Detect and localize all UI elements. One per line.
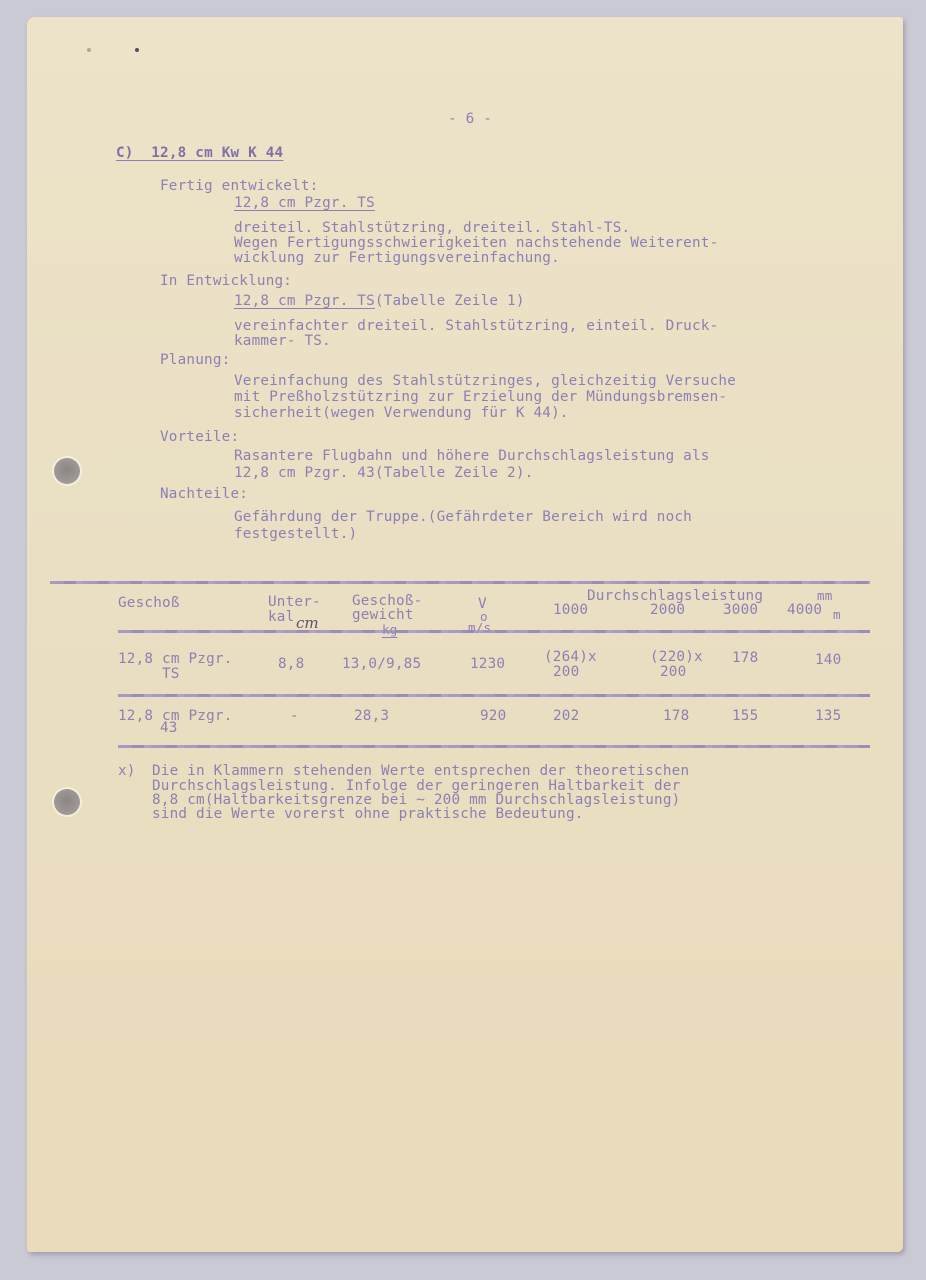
block-text-line: 12,8 cm Pzgr. 43(Tabelle Zeile 2). bbox=[234, 466, 533, 481]
cell-vo: 1230 bbox=[470, 657, 505, 672]
block-label-fertig: Fertig entwickelt: bbox=[160, 179, 319, 194]
cell-range-3000: 178 bbox=[732, 651, 758, 666]
header-unterkal: kal bbox=[268, 610, 294, 625]
block-label-vorteile: Vorteile: bbox=[160, 430, 239, 445]
block-text-line: Vereinfachung des Stahlstützringes, glei… bbox=[234, 374, 736, 389]
block-label-nachteile: Nachteile: bbox=[160, 487, 248, 502]
cell-range-2000-below: 200 bbox=[660, 665, 686, 680]
table-rule bbox=[118, 745, 870, 748]
cell-range-1000: (264)x bbox=[544, 650, 597, 665]
header-gewicht: gewicht bbox=[352, 608, 414, 623]
block-subtitle-line: 12,8 cm Pzgr. TS(Tabelle Zeile 1) bbox=[234, 294, 525, 309]
block-subtitle: 12,8 cm Pzgr. TS bbox=[234, 196, 375, 211]
footnote-marker: x) bbox=[118, 764, 136, 779]
header-geschoss: Geschoß bbox=[118, 596, 180, 611]
cell-geschoss: 12,8 cm Pzgr. bbox=[118, 652, 233, 667]
header-durchschlag-unit: mm bbox=[817, 588, 832, 603]
block-label-entwicklung: In Entwicklung: bbox=[160, 274, 292, 289]
cell-range-2000: (220)x bbox=[650, 650, 703, 665]
punch-hole bbox=[54, 789, 80, 815]
section-heading: C) 12,8 cm Kw K 44 bbox=[116, 146, 283, 161]
header-range: 3000 bbox=[723, 603, 758, 618]
block-subtitle: 12,8 cm Pzgr. TS bbox=[234, 293, 375, 309]
cell-range-4000: 140 bbox=[815, 653, 841, 668]
cell-range-1000-below: 200 bbox=[553, 665, 579, 680]
header-range: 4000 bbox=[787, 603, 822, 618]
block-label-planung: Planung: bbox=[160, 353, 230, 368]
block-text-line: vereinfachter dreiteil. Stahlstützring, … bbox=[234, 319, 718, 334]
block-text-line: sicherheit(wegen Verwendung für K 44). bbox=[234, 406, 569, 421]
header-range: 2000 bbox=[650, 603, 685, 618]
header-range-unit: m bbox=[833, 607, 841, 622]
block-text-line: mit Preßholzstützring zur Erzielung der … bbox=[234, 390, 727, 405]
page-number: - 6 - bbox=[448, 112, 492, 127]
table-rule bbox=[118, 694, 870, 697]
speck bbox=[87, 48, 91, 52]
footnote-line: sind die Werte vorerst ohne praktische B… bbox=[152, 807, 584, 822]
table-rule bbox=[50, 581, 870, 584]
block-text-line: Rasantere Flugbahn und höhere Durchschla… bbox=[234, 449, 710, 464]
block-text-line: dreiteil. Stahlstützring, dreiteil. Stah… bbox=[234, 221, 630, 236]
speck bbox=[135, 48, 139, 52]
cell-geschoss-sub: 43 bbox=[160, 721, 178, 736]
cell-gewicht: 13,0/9,85 bbox=[342, 657, 421, 672]
cell-range-4000: 135 bbox=[815, 709, 841, 724]
punch-hole bbox=[54, 458, 80, 484]
table-rule bbox=[118, 630, 870, 633]
cell-geschoss-sub: TS bbox=[162, 667, 180, 682]
block-subtitle-note: (Tabelle Zeile 1) bbox=[375, 293, 525, 309]
cell-range-2000: 178 bbox=[663, 709, 689, 724]
block-text-line: kammer- TS. bbox=[234, 334, 331, 349]
block-text-line: festgestellt.) bbox=[234, 527, 357, 542]
cell-range-3000: 155 bbox=[732, 709, 758, 724]
cell-vo: 920 bbox=[480, 709, 506, 724]
block-text-line: Wegen Fertigungsschwierigkeiten nachsteh… bbox=[234, 236, 718, 251]
block-text-line: wicklung zur Fertigungsvereinfachung. bbox=[234, 251, 560, 266]
cell-range-1000: 202 bbox=[553, 709, 579, 724]
document-page bbox=[27, 17, 903, 1252]
cell-unterkal: 8,8 bbox=[278, 657, 304, 672]
header-range: 1000 bbox=[553, 603, 588, 618]
cell-gewicht: 28,3 bbox=[354, 709, 389, 724]
cell-unterkal: - bbox=[290, 709, 299, 724]
footnote-line: Die in Klammern stehenden Werte entsprec… bbox=[152, 764, 689, 779]
header-unterkal: Unter- bbox=[268, 595, 321, 610]
block-text-line: Gefährdung der Truppe.(Gefährdeter Berei… bbox=[234, 510, 692, 525]
